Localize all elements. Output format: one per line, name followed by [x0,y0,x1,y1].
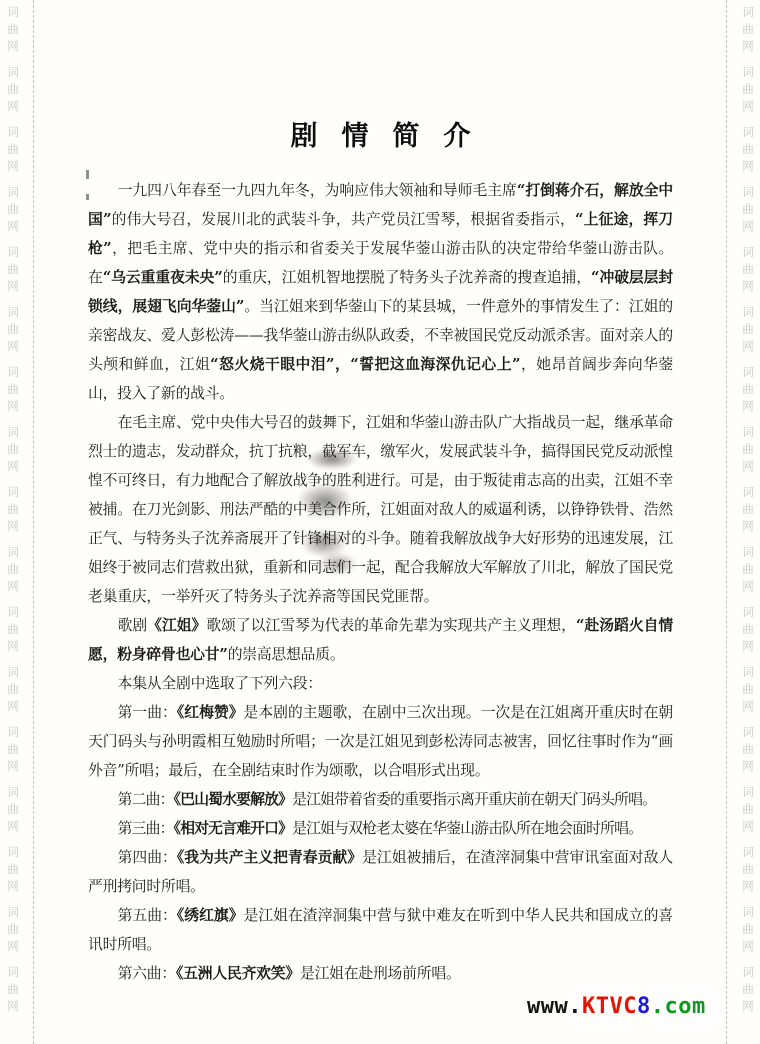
side-watermark-text: 词曲网 [4,544,22,595]
side-watermark-text: 词曲网 [739,244,757,295]
side-watermark-text: 词曲网 [739,904,757,955]
synopsis-paragraph: 第三曲：《相对无言难开口》是江姐与双枪老太婆在华蓥山游击队所在地会面时所唱。 [88,814,673,843]
synopsis-paragraph: 第六曲：《五洲人民齐欢笑》是江姐在赴刑场前所唱。 [88,959,673,988]
side-watermark-text: 词曲网 [739,964,757,1015]
side-watermark-text: 词曲网 [739,4,757,55]
side-watermark-text: 词曲网 [4,964,22,1015]
side-watermark-text: 词曲网 [4,844,22,895]
site-watermark-segment: www. [527,994,582,1019]
side-watermark-text: 词曲网 [739,64,757,115]
side-watermark-text: 词曲网 [739,364,757,415]
side-watermark-text: 词曲网 [739,304,757,355]
synopsis-paragraph: 第五曲：《绣红旗》是江姐在渣滓洞集中营与狱中难友在听到中华人民共和国成立的喜讯时… [88,901,673,959]
side-watermark-text: 词曲网 [4,484,22,535]
side-watermark-text: 词曲网 [739,544,757,595]
site-watermark-segment: .com [651,994,706,1019]
synopsis-paragraph: 第四曲：《我为共产主义把青春贡献》是江姐被捕后，在渣滓洞集中营审讯室面对敌人严刑… [88,843,673,901]
scanned-document-page: 词曲网词曲网词曲网词曲网词曲网词曲网词曲网词曲网词曲网词曲网词曲网词曲网词曲网词… [0,0,760,1044]
side-watermark-text: 词曲网 [4,784,22,835]
side-watermark-text: 词曲网 [4,304,22,355]
side-watermark-text: 词曲网 [739,604,757,655]
site-watermark-segment: 8 [637,994,651,1019]
side-watermark-text: 词曲网 [4,904,22,955]
side-watermark-text: 词曲网 [4,364,22,415]
side-watermark-text: 词曲网 [4,604,22,655]
synopsis-paragraphs: 一九四八年春至一九四九年冬，为响应伟大领袖和导师毛主席“打倒蒋介石，解放全中国”… [88,176,673,988]
side-watermark-text: 词曲网 [4,244,22,295]
side-watermark-text: 词曲网 [739,784,757,835]
left-dashed-border [33,0,34,1044]
side-watermark-text: 词曲网 [739,664,757,715]
document-content: 剧情简介 一九四八年春至一九四九年冬，为响应伟大领袖和导师毛主席“打倒蒋介石，解… [88,100,673,988]
page-title: 剧情简介 [88,114,673,153]
side-watermark-text: 词曲网 [4,124,22,175]
side-watermark-text: 词曲网 [739,484,757,535]
side-watermark-text: 词曲网 [739,424,757,475]
side-watermark-text: 词曲网 [4,64,22,115]
synopsis-paragraph: 在毛主席、党中央伟大号召的鼓舞下，江姐和华蓥山游击队广大指战员一起，继承革命烈士… [88,408,673,611]
site-watermark: www.KTVC8.com [527,995,706,1019]
side-watermark-text: 词曲网 [739,184,757,235]
side-watermark-text: 词曲网 [4,664,22,715]
synopsis-paragraph: 第二曲：《巴山蜀水要解放》是江姐带着省委的重要指示离开重庆前在朝天门码头所唱。 [88,785,673,814]
side-watermark-text: 词曲网 [739,844,757,895]
site-watermark-segment: KTVC [582,994,637,1019]
side-watermark-text: 词曲网 [739,724,757,775]
side-watermark-text: 词曲网 [4,184,22,235]
right-watermark-column: 词曲网词曲网词曲网词曲网词曲网词曲网词曲网词曲网词曲网词曲网词曲网词曲网词曲网词… [739,4,757,1044]
side-watermark-text: 词曲网 [739,124,757,175]
synopsis-paragraph: 一九四八年春至一九四九年冬，为响应伟大领袖和导师毛主席“打倒蒋介石，解放全中国”… [88,176,673,408]
side-watermark-text: 词曲网 [4,724,22,775]
synopsis-paragraph: 歌剧《江姐》歌颂了以江雪琴为代表的革命先辈为实现共产主义理想，“赴汤蹈火自情愿，… [88,611,673,669]
right-dashed-border [726,0,727,1044]
synopsis-paragraph: 本集从全剧中选取了下列六段： [88,669,673,698]
synopsis-paragraph: 第一曲：《红梅赞》是本剧的主题歌，在剧中三次出现。一次是在江姐离开重庆时在朝天门… [88,698,673,785]
left-watermark-column: 词曲网词曲网词曲网词曲网词曲网词曲网词曲网词曲网词曲网词曲网词曲网词曲网词曲网词… [4,4,22,1044]
side-watermark-text: 词曲网 [4,424,22,475]
side-watermark-text: 词曲网 [4,4,22,55]
